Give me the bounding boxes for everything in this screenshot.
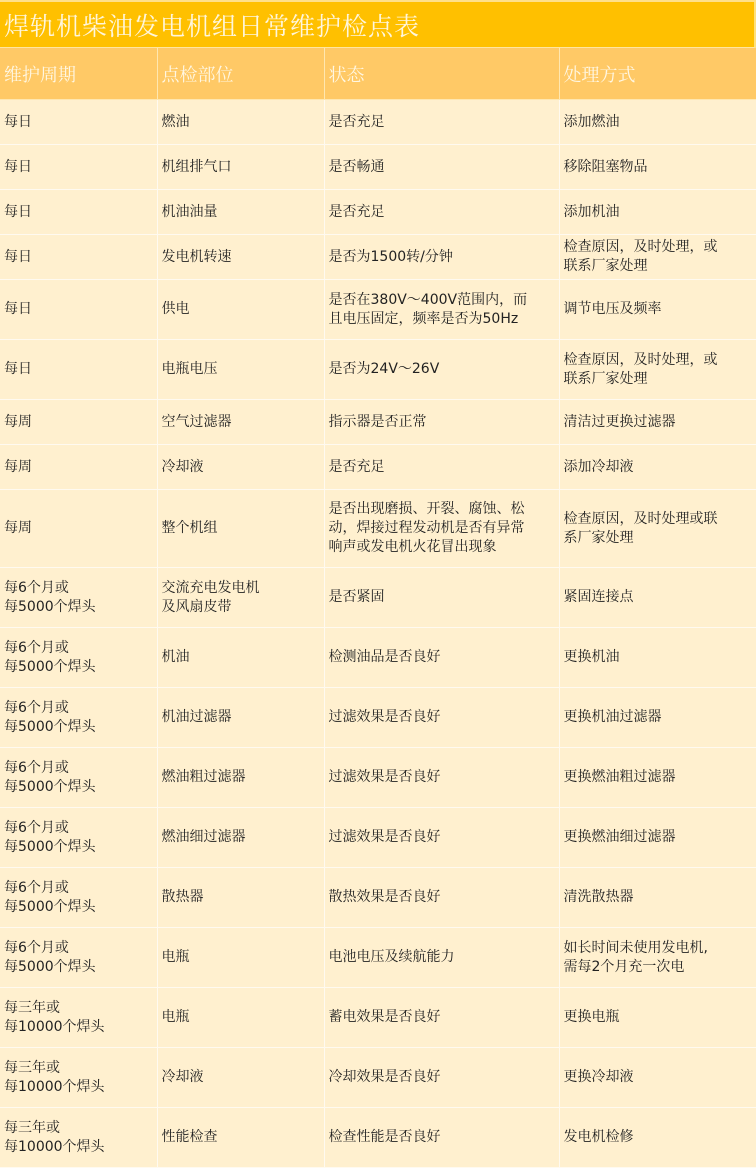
cell-part: 供电: [157, 280, 324, 340]
cell-action: 检查原因，及时处理或联 系厂家处理: [559, 490, 756, 568]
cell-part: 空气过滤器: [157, 400, 324, 445]
cell-period: 每6个月或 每5000个焊头: [0, 748, 157, 808]
cell-part: 性能检查: [157, 1108, 324, 1168]
cell-action: 添加冷却液: [559, 445, 756, 490]
cell-period: 每日: [0, 190, 157, 235]
cell-status: 蓄电效果是否良好: [324, 988, 559, 1048]
cell-action: 移除阻塞物品: [559, 145, 756, 190]
cell-part: 机油油量: [157, 190, 324, 235]
cell-action: 清洗散热器: [559, 868, 756, 928]
cell-part: 交流充电发电机 及风扇皮带: [157, 568, 324, 628]
cell-period: 每日: [0, 340, 157, 400]
cell-status: 是否为24V～26V: [324, 340, 559, 400]
cell-status: 是否充足: [324, 445, 559, 490]
header-action: 处理方式: [559, 48, 756, 100]
table-row: 每6个月或 每5000个焊头 交流充电发电机 及风扇皮带 是否紧固 紧固连接点: [0, 568, 756, 628]
cell-action: 更换机油过滤器: [559, 688, 756, 748]
cell-action: 添加机油: [559, 190, 756, 235]
cell-period: 每日: [0, 100, 157, 145]
cell-status: 检查性能是否良好: [324, 1108, 559, 1168]
cell-period: 每日: [0, 145, 157, 190]
cell-period: 每6个月或 每5000个焊头: [0, 808, 157, 868]
cell-status: 是否充足: [324, 100, 559, 145]
cell-action: 更换电瓶: [559, 988, 756, 1048]
table-row: 每6个月或 每5000个焊头 散热器 散热效果是否良好 清洗散热器: [0, 868, 756, 928]
table-row: 每三年或 每10000个焊头 性能检查 检查性能是否良好 发电机检修: [0, 1108, 756, 1168]
cell-period: 每三年或 每10000个焊头: [0, 1048, 157, 1108]
table-row: 每日 发电机转速 是否为1500转/分钟 检查原因，及时处理，或 联系厂家处理: [0, 235, 756, 280]
cell-period: 每周: [0, 400, 157, 445]
cell-status: 是否为1500转/分钟: [324, 235, 559, 280]
cell-status: 是否畅通: [324, 145, 559, 190]
cell-action: 更换燃油粗过滤器: [559, 748, 756, 808]
title-bar: 焊轨机柴油发电机组日常维护检点表: [0, 2, 756, 48]
cell-action: 检查原因，及时处理，或 联系厂家处理: [559, 235, 756, 280]
cell-action: 添加燃油: [559, 100, 756, 145]
cell-part: 电瓶: [157, 928, 324, 988]
table-row: 每日 供电 是否在380V～400V范围内，而 且电压固定，频率是否为50Hz …: [0, 280, 756, 340]
cell-part: 燃油粗过滤器: [157, 748, 324, 808]
maintenance-sheet: 焊轨机柴油发电机组日常维护检点表 维护周期 点检部位 状态 处理方式 每日 燃油…: [0, 0, 756, 1168]
table-row: 每6个月或 每5000个焊头 燃油粗过滤器 过滤效果是否良好 更换燃油粗过滤器: [0, 748, 756, 808]
cell-action: 更换机油: [559, 628, 756, 688]
maintenance-table: 维护周期 点检部位 状态 处理方式 每日 燃油 是否充足 添加燃油 每日 机组排…: [0, 48, 756, 1168]
cell-period: 每周: [0, 490, 157, 568]
page-title: 焊轨机柴油发电机组日常维护检点表: [4, 7, 420, 43]
cell-status: 过滤效果是否良好: [324, 748, 559, 808]
cell-action: 如长时间未使用发电机, 需每2个月充一次电: [559, 928, 756, 988]
cell-action: 调节电压及频率: [559, 280, 756, 340]
cell-status: 散热效果是否良好: [324, 868, 559, 928]
cell-part: 冷却液: [157, 445, 324, 490]
table-row: 每6个月或 每5000个焊头 电瓶 电池电压及续航能力 如长时间未使用发电机, …: [0, 928, 756, 988]
table-row: 每日 电瓶电压 是否为24V～26V 检查原因，及时处理，或 联系厂家处理: [0, 340, 756, 400]
cell-period: 每日: [0, 280, 157, 340]
cell-action: 发电机检修: [559, 1108, 756, 1168]
table-row: 每三年或 每10000个焊头 冷却液 冷却效果是否良好 更换冷却液: [0, 1048, 756, 1108]
cell-part: 燃油细过滤器: [157, 808, 324, 868]
cell-part: 机组排气口: [157, 145, 324, 190]
cell-period: 每周: [0, 445, 157, 490]
cell-part: 燃油: [157, 100, 324, 145]
cell-action: 紧固连接点: [559, 568, 756, 628]
cell-part: 整个机组: [157, 490, 324, 568]
table-row: 每日 燃油 是否充足 添加燃油: [0, 100, 756, 145]
table-row: 每周 空气过滤器 指示器是否正常 清洁过更换过滤器: [0, 400, 756, 445]
cell-action: 检查原因，及时处理，或 联系厂家处理: [559, 340, 756, 400]
cell-period: 每6个月或 每5000个焊头: [0, 688, 157, 748]
cell-part: 电瓶: [157, 988, 324, 1048]
table-row: 每日 机组排气口 是否畅通 移除阻塞物品: [0, 145, 756, 190]
cell-action: 更换燃油细过滤器: [559, 808, 756, 868]
header-period: 维护周期: [0, 48, 157, 100]
cell-status: 是否紧固: [324, 568, 559, 628]
cell-status: 是否出现磨损、开裂、腐蚀、松 动，焊接过程发动机是否有异常 响声或发电机火花冒出…: [324, 490, 559, 568]
table-row: 每6个月或 每5000个焊头 燃油细过滤器 过滤效果是否良好 更换燃油细过滤器: [0, 808, 756, 868]
header-status: 状态: [324, 48, 559, 100]
cell-period: 每6个月或 每5000个焊头: [0, 568, 157, 628]
cell-status: 冷却效果是否良好: [324, 1048, 559, 1108]
table-row: 每周 冷却液 是否充足 添加冷却液: [0, 445, 756, 490]
cell-period: 每6个月或 每5000个焊头: [0, 628, 157, 688]
table-row: 每6个月或 每5000个焊头 机油过滤器 过滤效果是否良好 更换机油过滤器: [0, 688, 756, 748]
header-part: 点检部位: [157, 48, 324, 100]
cell-part: 发电机转速: [157, 235, 324, 280]
table-row: 每三年或 每10000个焊头 电瓶 蓄电效果是否良好 更换电瓶: [0, 988, 756, 1048]
cell-action: 更换冷却液: [559, 1048, 756, 1108]
cell-status: 检测油品是否良好: [324, 628, 559, 688]
table-row: 每日 机油油量 是否充足 添加机油: [0, 190, 756, 235]
cell-period: 每三年或 每10000个焊头: [0, 988, 157, 1048]
cell-status: 指示器是否正常: [324, 400, 559, 445]
cell-part: 机油: [157, 628, 324, 688]
cell-status: 过滤效果是否良好: [324, 808, 559, 868]
cell-status: 是否在380V～400V范围内，而 且电压固定，频率是否为50Hz: [324, 280, 559, 340]
cell-status: 电池电压及续航能力: [324, 928, 559, 988]
header-row: 维护周期 点检部位 状态 处理方式: [0, 48, 756, 100]
cell-part: 机油过滤器: [157, 688, 324, 748]
cell-period: 每日: [0, 235, 157, 280]
table-row: 每6个月或 每5000个焊头 机油 检测油品是否良好 更换机油: [0, 628, 756, 688]
table-row: 每周 整个机组 是否出现磨损、开裂、腐蚀、松 动，焊接过程发动机是否有异常 响声…: [0, 490, 756, 568]
cell-period: 每6个月或 每5000个焊头: [0, 868, 157, 928]
cell-status: 过滤效果是否良好: [324, 688, 559, 748]
cell-part: 冷却液: [157, 1048, 324, 1108]
cell-period: 每三年或 每10000个焊头: [0, 1108, 157, 1168]
cell-action: 清洁过更换过滤器: [559, 400, 756, 445]
cell-part: 电瓶电压: [157, 340, 324, 400]
cell-part: 散热器: [157, 868, 324, 928]
cell-status: 是否充足: [324, 190, 559, 235]
cell-period: 每6个月或 每5000个焊头: [0, 928, 157, 988]
